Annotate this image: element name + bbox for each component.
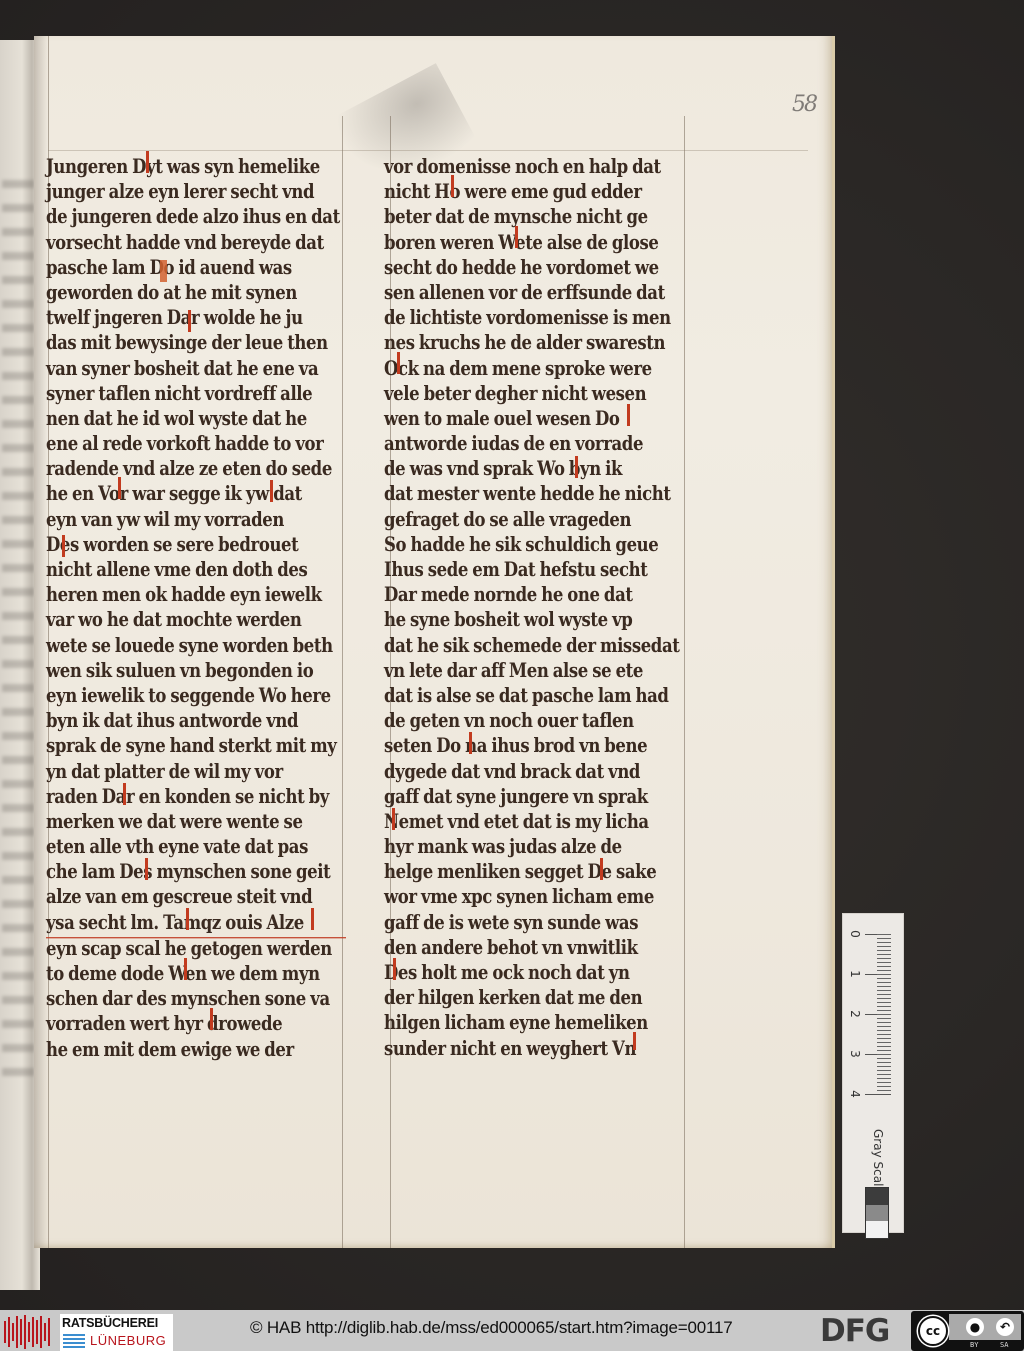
rubric-stroke	[515, 226, 518, 248]
rubric-stroke	[118, 477, 121, 499]
rubric-stroke	[600, 858, 603, 880]
rubric-stroke	[627, 404, 630, 426]
scale-tick	[865, 1094, 891, 1095]
text-column-right: vor domenisse noch en halp dat nicht Ho …	[384, 154, 684, 1061]
rubric-stroke	[146, 151, 149, 173]
scale-number: 4	[848, 1090, 862, 1098]
library-name-top: RATSBÜCHEREI	[62, 1316, 158, 1330]
rubric-stroke	[311, 908, 314, 930]
rubric-stroke	[145, 858, 148, 880]
share-alike-icon: ↶	[996, 1318, 1014, 1336]
text-column-left: Jungeren Dyt was syn hemelike junger alz…	[46, 154, 346, 1062]
by-label: BY	[970, 1341, 978, 1349]
sa-label: SA	[1000, 1341, 1008, 1349]
rubric-stroke	[123, 783, 126, 805]
rubric-stroke	[392, 808, 395, 830]
open-book-icon	[63, 1334, 85, 1348]
rubric-stroke	[633, 1032, 636, 1050]
swatch-dark	[866, 1188, 888, 1205]
rubric-stroke	[186, 908, 189, 930]
scale-number: 0	[848, 930, 862, 938]
ruling-line	[684, 116, 685, 1248]
rubric-stroke	[188, 310, 191, 332]
library-emblem-icon	[4, 1315, 54, 1349]
cc-license-badge[interactable]: cc ● ↶ BY SA	[911, 1311, 1024, 1351]
rubric-stroke	[210, 1008, 213, 1030]
rubric-stroke	[393, 958, 396, 980]
facing-page-show-through	[2, 180, 34, 1080]
rubric-stroke	[62, 535, 65, 557]
rubric-stroke	[270, 480, 273, 502]
scale-number: 3	[848, 1050, 862, 1058]
text-line: he em mit dem ewige we der	[46, 1034, 346, 1064]
attribution-icon: ●	[966, 1318, 984, 1336]
rubric-stroke	[397, 352, 400, 374]
rubric-stroke	[575, 456, 578, 478]
rubric-stroke	[160, 260, 167, 282]
scale-number: 2	[848, 1010, 862, 1018]
dfg-logo[interactable]: DFG	[820, 1312, 889, 1350]
gray-scale-swatches	[865, 1187, 889, 1239]
rubric-stroke	[451, 175, 454, 197]
cc-icon: cc	[918, 1316, 948, 1346]
copyright-link[interactable]: © HAB http://diglib.hab.de/mss/ed000065/…	[250, 1318, 732, 1338]
scale-minor-ticks	[877, 934, 891, 1094]
swatch-mid	[866, 1205, 888, 1222]
swatch-light	[866, 1221, 888, 1238]
library-name-bottom: LÜNEBURG	[90, 1333, 166, 1348]
text-line: sunder nicht en weyghert Vn	[384, 1033, 684, 1063]
scale-number: 1	[848, 970, 862, 978]
rubric-stroke	[184, 958, 187, 980]
folio-number: 58	[792, 92, 816, 117]
color-scale-card: 0 1 2 3 4 Gray Scale	[842, 913, 904, 1233]
library-logo[interactable]: RATSBÜCHEREI LÜNEBURG	[60, 1314, 173, 1351]
rubric-stroke	[469, 732, 472, 754]
gray-scale-label: Gray Scale	[871, 1129, 885, 1194]
